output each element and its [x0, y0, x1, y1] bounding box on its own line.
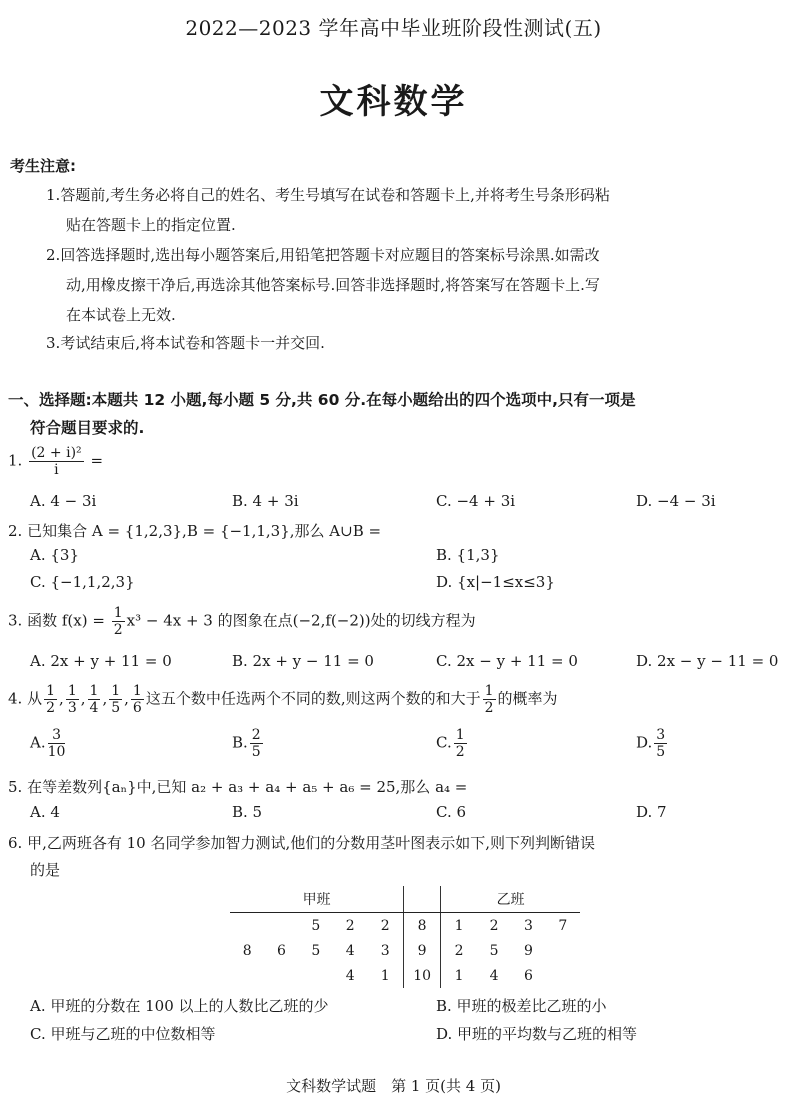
fraction: 12: [44, 684, 57, 715]
question-stem: 在等差数列{aₙ}中,已知 a₂ + a₃ + a₄ + a₅ + a₆ = 2…: [27, 778, 467, 796]
leaf: [230, 913, 264, 939]
question-stem: 已知集合 A = {1,2,3},B = {−1,1,3},那么 A∪B =: [27, 522, 381, 540]
fraction: 35: [654, 728, 667, 759]
q3-option-c[interactable]: C. 2x − y + 11 = 0: [436, 652, 578, 670]
question-2: 2. 已知集合 A = {1,2,3},B = {−1,1,3},那么 A∪B …: [8, 520, 381, 541]
q3-option-a[interactable]: A. 2x + y + 11 = 0: [30, 652, 172, 670]
option-label: D.: [636, 734, 652, 752]
q2-option-b[interactable]: B. {1,3}: [436, 546, 500, 564]
fraction: 14: [88, 684, 101, 715]
stem-leaf-plot: 甲班 乙班 5 2 2 8 1 2 3 7 8 6 5 4 3 9 2 5 9: [230, 886, 580, 988]
section-heading: 一、选择题:本题共 12 小题,每小题 5 分,共 60 分.在每小题给出的四个…: [8, 386, 783, 442]
fraction: 16: [131, 684, 144, 715]
fraction: 15: [109, 684, 122, 715]
leaf: 2: [367, 913, 403, 939]
numerator: 1: [112, 606, 125, 622]
numerator: 1: [88, 684, 101, 700]
q3-option-d[interactable]: D. 2x − y − 11 = 0: [636, 652, 778, 670]
leaf: 7: [546, 913, 580, 939]
leaf: 2: [441, 938, 477, 963]
denominator: 3: [66, 700, 79, 715]
leaf: [546, 938, 580, 963]
leaf: 5: [299, 913, 333, 939]
left-class-header: 甲班: [230, 886, 404, 913]
stem-text: 的概率为: [498, 690, 558, 708]
q4-option-c[interactable]: C.12: [436, 728, 469, 759]
stem-text: 的是: [8, 859, 595, 880]
leaf: [264, 963, 298, 988]
fraction: (2 + i)² i: [29, 446, 84, 477]
q2-option-d[interactable]: D. {x|−1≤x≤3}: [436, 573, 555, 591]
fraction: 1 2: [112, 606, 125, 637]
q2-option-a[interactable]: A. {3}: [30, 546, 79, 564]
q5-option-b[interactable]: B. 5: [232, 803, 262, 821]
stem: 8: [404, 913, 441, 939]
fraction: 310: [48, 728, 66, 759]
denominator: 5: [109, 700, 122, 715]
q5-option-d[interactable]: D. 7: [636, 803, 667, 821]
plot-row: 5 2 2 8 1 2 3 7: [230, 913, 580, 939]
leaf: 6: [511, 963, 545, 988]
question-number: 3.: [8, 612, 22, 630]
numerator: 1: [44, 684, 57, 700]
denominator: 2: [483, 700, 496, 715]
leaf: 3: [511, 913, 545, 939]
stem-text: 甲,乙两班各有 10 名同学参加智力测试,他们的分数用茎叶图表示如下,则下列判断…: [27, 834, 595, 852]
stem: 10: [404, 963, 441, 988]
question-number: 5.: [8, 778, 22, 796]
notice-text: 回答选择题时,选出每小题答案后,用铅笔把答题卡对应题目的答案标号涂黑.如需改: [60, 246, 599, 264]
leaf: [264, 913, 298, 939]
section-heading-line: 符合题目要求的.: [8, 414, 783, 442]
exam-title: 2022—2023 学年高中毕业班阶段性测试(五): [0, 12, 787, 41]
right-class-header: 乙班: [441, 886, 580, 913]
notice-item-1: 1.答题前,考生务必将自己的姓名、考生号填写在试卷和答题卡上,并将考生号条形码粘…: [46, 180, 776, 240]
denominator: 2: [112, 622, 125, 637]
notice-number: 2.: [46, 246, 60, 264]
denominator: 2: [454, 744, 467, 759]
section-heading-line: 一、选择题:本题共 12 小题,每小题 5 分,共 60 分.在每小题给出的四个…: [8, 386, 783, 414]
leaf: 4: [477, 963, 511, 988]
denominator: i: [29, 462, 84, 477]
leaf: 1: [367, 963, 403, 988]
q6-option-d[interactable]: D. 甲班的平均数与乙班的相等: [436, 1023, 637, 1044]
stem-header: [404, 886, 441, 913]
question-3: 3. 函数 f(x) = 1 2 x³ − 4x + 3 的图象在点(−2,f(…: [8, 606, 476, 637]
q6-option-b[interactable]: B. 甲班的极差比乙班的小: [436, 995, 607, 1016]
numerator: 3: [654, 728, 667, 744]
stem-text: 这五个数中任选两个不同的数,则这两个数的和大于: [146, 690, 481, 708]
q3-option-b[interactable]: B. 2x + y − 11 = 0: [232, 652, 374, 670]
equals-sign: =: [90, 452, 103, 470]
option-label: C.: [436, 734, 452, 752]
question-1: 1. (2 + i)² i =: [8, 446, 103, 477]
q1-option-d[interactable]: D. −4 − 3i: [636, 492, 716, 510]
notice-text: 在本试卷上无效.: [46, 300, 776, 330]
leaf: [299, 963, 333, 988]
leaf: 6: [264, 938, 298, 963]
stem-text: 函数 f(x) =: [27, 612, 105, 630]
denominator: 6: [131, 700, 144, 715]
option-label: A.: [30, 734, 46, 752]
numerator: 1: [483, 684, 496, 700]
stem: 9: [404, 938, 441, 963]
leaf: 2: [333, 913, 367, 939]
leaf: 4: [333, 963, 367, 988]
question-6: 6. 甲,乙两班各有 10 名同学参加智力测试,他们的分数用茎叶图表示如下,则下…: [8, 832, 595, 880]
numerator: 1: [454, 728, 467, 744]
notice-text: 考试结束后,将本试卷和答题卡一并交回.: [60, 334, 325, 352]
numerator: 1: [131, 684, 144, 700]
leaf: 1: [441, 913, 477, 939]
leaf: [230, 963, 264, 988]
plot-row: 4 1 10 1 4 6: [230, 963, 580, 988]
leaf: 1: [441, 963, 477, 988]
fraction: 25: [250, 728, 263, 759]
q4-option-b[interactable]: B.25: [232, 728, 265, 759]
q1-option-a[interactable]: A. 4 − 3i: [30, 492, 96, 510]
leaf: 9: [511, 938, 545, 963]
question-number: 6.: [8, 834, 22, 852]
notice-text: 贴在答题卡上的指定位置.: [46, 210, 776, 240]
fraction: 12: [483, 684, 496, 715]
page-footer: 文科数学试题 第 1 页(共 4 页): [0, 1075, 787, 1096]
notice-text: 答题前,考生务必将自己的姓名、考生号填写在试卷和答题卡上,并将考生号条形码粘: [60, 186, 610, 204]
question-number: 2.: [8, 522, 22, 540]
leaf: 3: [367, 938, 403, 963]
numerator: (2 + i)²: [29, 446, 84, 462]
question-number: 1.: [8, 452, 22, 470]
fraction: 12: [454, 728, 467, 759]
leaf: 5: [299, 938, 333, 963]
question-4: 4. 从12,13,14,15,16这五个数中任选两个不同的数,则这两个数的和大…: [8, 684, 558, 715]
option-label: B.: [232, 734, 248, 752]
leaf: 4: [333, 938, 367, 963]
leaf: 5: [477, 938, 511, 963]
q5-option-a[interactable]: A. 4: [30, 803, 60, 821]
notice-item-2: 2.回答选择题时,选出每小题答案后,用铅笔把答题卡对应题目的答案标号涂黑.如需改…: [46, 240, 776, 330]
notice-heading: 考生注意:: [10, 155, 76, 176]
q6-option-a[interactable]: A. 甲班的分数在 100 以上的人数比乙班的少: [30, 995, 329, 1016]
notice-text: 动,用橡皮擦干净后,再选涂其他答案标号.回答非选择题时,将答案写在答题卡上.写: [46, 270, 776, 300]
q1-option-b[interactable]: B. 4 + 3i: [232, 492, 299, 510]
leaf: 8: [230, 938, 264, 963]
q5-option-c[interactable]: C. 6: [436, 803, 466, 821]
denominator: 5: [654, 744, 667, 759]
leaf: [546, 963, 580, 988]
question-stem: 6. 甲,乙两班各有 10 名同学参加智力测试,他们的分数用茎叶图表示如下,则下…: [8, 832, 595, 853]
notice-number: 1.: [46, 186, 60, 204]
q4-option-d[interactable]: D.35: [636, 728, 669, 759]
stem-text: 从: [27, 690, 42, 708]
denominator: 2: [44, 700, 57, 715]
plot-row: 8 6 5 4 3 9 2 5 9: [230, 938, 580, 963]
numerator: 1: [66, 684, 79, 700]
fraction: 13: [66, 684, 79, 715]
question-5: 5. 在等差数列{aₙ}中,已知 a₂ + a₃ + a₄ + a₅ + a₆ …: [8, 776, 467, 797]
numerator: 2: [250, 728, 263, 744]
denominator: 10: [48, 744, 66, 759]
denominator: 5: [250, 744, 263, 759]
numerator: 1: [109, 684, 122, 700]
subject-title: 文科数学: [0, 74, 787, 123]
notice-item-3: 3.考试结束后,将本试卷和答题卡一并交回.: [46, 328, 776, 358]
question-number: 4.: [8, 690, 22, 708]
stem-text: x³ − 4x + 3 的图象在点(−2,f(−2))处的切线方程为: [127, 612, 476, 630]
leaf: 2: [477, 913, 511, 939]
numerator: 3: [48, 728, 66, 744]
q6-option-c[interactable]: C. 甲班与乙班的中位数相等: [30, 1023, 215, 1044]
denominator: 4: [88, 700, 101, 715]
q2-option-c[interactable]: C. {−1,1,2,3}: [30, 573, 135, 591]
q1-option-c[interactable]: C. −4 + 3i: [436, 492, 515, 510]
notice-number: 3.: [46, 334, 60, 352]
q4-option-a[interactable]: A.310: [30, 728, 67, 759]
